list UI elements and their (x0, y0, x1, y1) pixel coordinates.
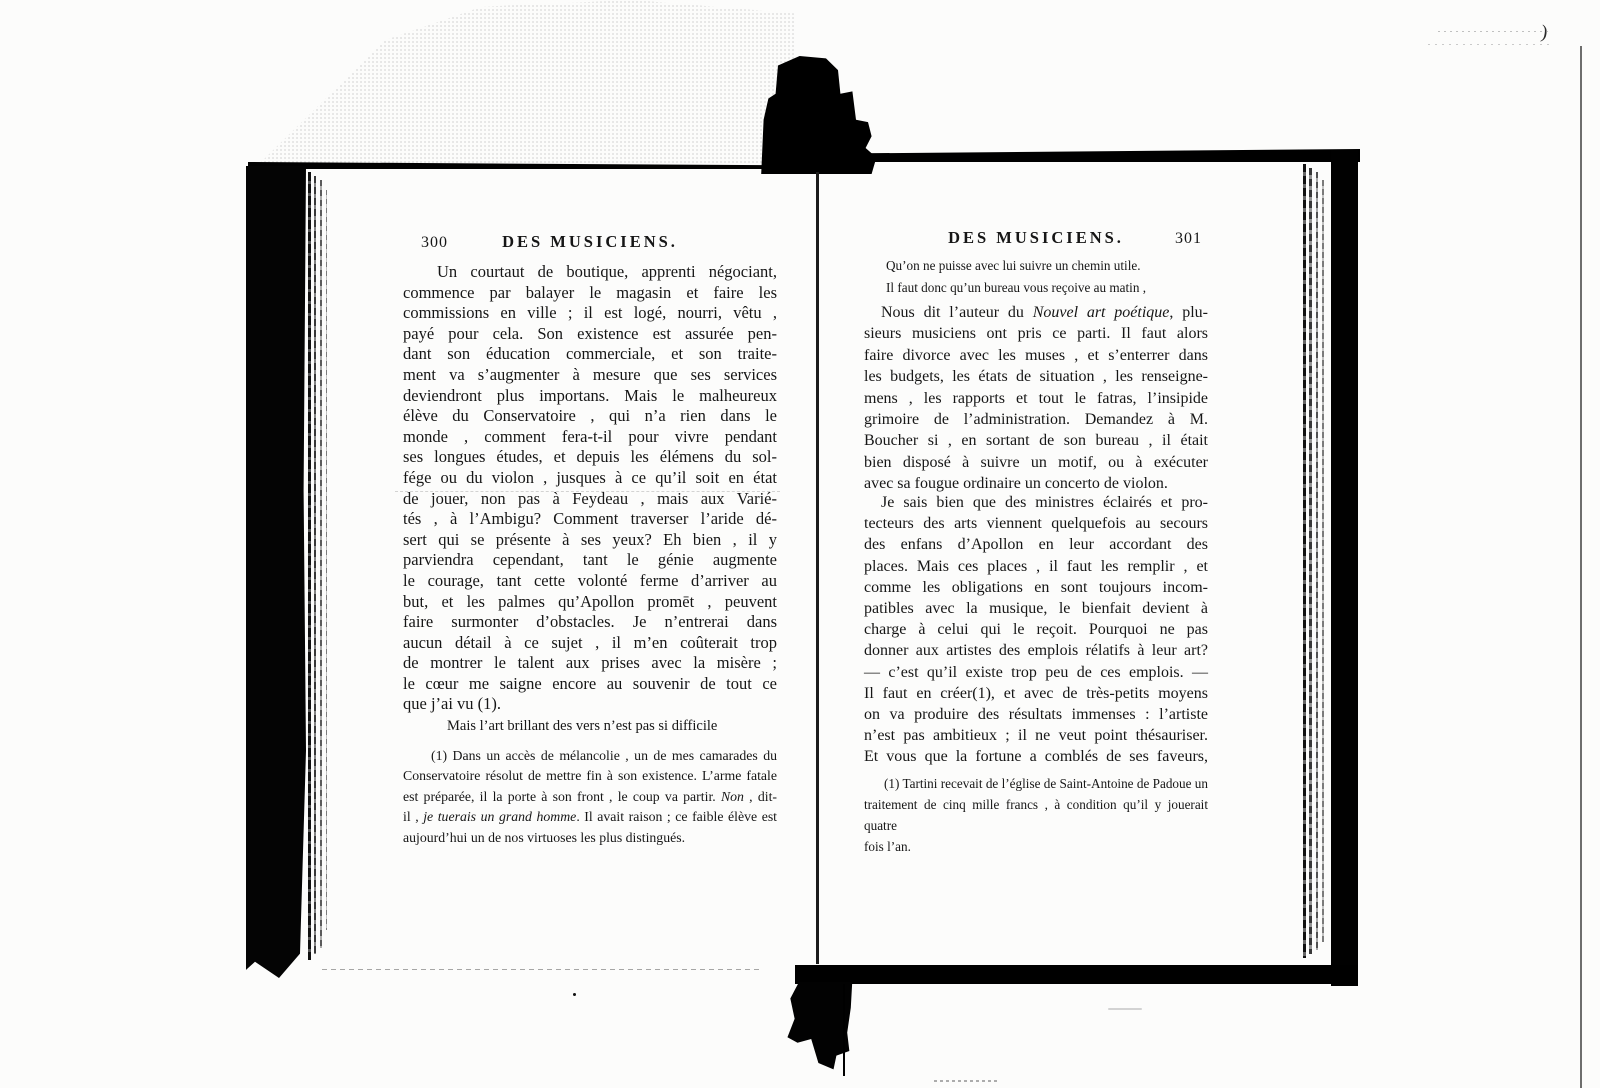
left-page-edge-line (320, 180, 322, 948)
text-line: les budgets, les états de situation , le… (864, 366, 1208, 387)
right-book-edge-shadow-band (1331, 150, 1358, 986)
text-line: élève du Conservatoire , qui n’a rien da… (403, 406, 777, 427)
text-line: comme les obligations en sont toujours i… (864, 577, 1208, 598)
text-line: de montrer le talent aux prises avec la … (403, 653, 777, 674)
right-page-header: DES MUSICIENS. 301 (864, 228, 1208, 254)
left-paragraph: Un courtaut de boutique, apprenti négoci… (403, 262, 777, 715)
left-running-title: DES MUSICIENS. (403, 232, 777, 252)
text-line: on va produire des résultats immenses : … (864, 704, 1208, 725)
text-line: donner aux artistes des emplois rélatifs… (864, 640, 1208, 661)
text-line: Boucher si , en sortant de son bureau , … (864, 430, 1208, 451)
right-epigraph: Qu’on ne puisse avec lui suivre un chemi… (886, 255, 1208, 299)
text-line: charge à celui qui le reçoit. Pourquoi n… (864, 619, 1208, 640)
text-line: (1) Dans un accès de mélancolie , un de … (403, 746, 777, 766)
left-page-header: 300 DES MUSICIENS. (403, 232, 777, 258)
scan-noise-speckle-region (255, 0, 795, 168)
left-book-edge-shadow-band (246, 166, 306, 978)
left-page-number: 300 (421, 234, 448, 252)
text-line: fois l’an. (864, 836, 1208, 857)
right-page-number: 301 (1175, 230, 1202, 248)
text-line: n’est pas ambitieux ; il ne veut point t… (864, 725, 1208, 746)
text-line: le cœur me saigne encore au souvenir de … (403, 674, 777, 695)
left-page-edge-line (308, 172, 311, 960)
left-page-edge-line (314, 176, 316, 954)
scan-dotted-scratch (1428, 44, 1550, 45)
text-line: commissions en ville ; il est logé, nour… (403, 303, 777, 324)
text-line: parviendra cependant, tant le génie augm… (403, 550, 777, 571)
text-line: payé pour cela. Son existence est assuré… (403, 324, 777, 345)
faint-smudge (1108, 1008, 1142, 1010)
right-paragraph-2: Je sais bien que des ministres éclairés … (864, 492, 1208, 768)
text-line: le courage, tant cette volonté ferme d’a… (403, 571, 777, 592)
left-page-edge-line (326, 190, 327, 930)
text-line: tecteurs des arts viennent quelquefois a… (864, 513, 1208, 534)
text-line: traitement de cinq mille francs , à cond… (864, 794, 1208, 836)
text-line: des enfans d’Apollon en leur accordant d… (864, 534, 1208, 555)
text-line: patibles avec la musique, le bienfait de… (864, 598, 1208, 619)
text-line: de jouer, non pas à Feydeau , mais aux V… (403, 489, 777, 510)
text-line: Et vous que la fortune a comblés de ses … (864, 746, 1208, 767)
text-line: bien disposé à suivre un motif, ou à exé… (864, 452, 1208, 473)
left-footnote: (1) Dans un accès de mélancolie , un de … (403, 746, 777, 848)
right-page: DES MUSICIENS. 301 Qu’on ne puisse avec … (864, 228, 1208, 254)
right-page-bottom-edge-band (795, 965, 1358, 984)
text-line: sert qui se présente à ses yeux? Eh bien… (403, 530, 777, 551)
left-verse-line: Mais l’art brillant des vers n’est pas s… (447, 718, 717, 735)
text-line: que j’ai vu (1). (403, 694, 777, 715)
text-line: grimoire de l’administration. Demandez à… (864, 409, 1208, 430)
scan-dotted-scratch (1438, 31, 1548, 32)
right-page-edge-line (1322, 180, 1324, 942)
text-line: sieurs musiciens ont pris ce parti. Il f… (864, 323, 1208, 344)
text-line: Qu’on ne puisse avec lui suivre un chemi… (886, 255, 1208, 277)
right-page-edge-line (1309, 168, 1312, 954)
corner-pen-mark: ) (1539, 22, 1548, 45)
text-line: faire divorce avec les muses , et s’ente… (864, 345, 1208, 366)
text-line: aucun détail à ce sujet , il m’en coûter… (403, 633, 777, 654)
text-line: faire surmonter d’obstacles. Je n’entrer… (403, 612, 777, 633)
text-line: ses longues études, et depuis les élémen… (403, 447, 777, 468)
text-line: est préparée, il la porte à son front , … (403, 787, 777, 807)
right-page-edge-line (1316, 172, 1318, 950)
text-line: aujourd’hui un de nos virtuoses les plus… (403, 828, 777, 848)
text-line: monde , comment fera-t-il pour vivre pen… (403, 427, 777, 448)
text-line: Nous dit l’auteur du Nouvel art poétique… (864, 302, 1208, 323)
text-line: Je sais bien que des ministres éclairés … (864, 492, 1208, 513)
binding-ink-blob-bottom (786, 982, 858, 1074)
right-paragraph-1: Nous dit l’auteur du Nouvel art poétique… (864, 302, 1208, 495)
text-line: tés , à l’Ambigu? Comment traverser l’ar… (403, 509, 777, 530)
left-page-bottom-dotted-edge (322, 969, 762, 970)
scanned-book-spread: { "scan": { "paper_color": "#fcfcfb", "i… (0, 0, 1600, 1088)
text-line: dant son éducation commerciale, et son t… (403, 344, 777, 365)
gutter-fold-line (816, 172, 819, 964)
right-page-edge-line (1303, 164, 1306, 958)
text-line: but, et les palmes qu’Apollon promēt , p… (403, 592, 777, 613)
text-line: fége ou du violon , jusques à ce qu’il s… (403, 468, 777, 489)
right-running-title: DES MUSICIENS. (864, 228, 1208, 248)
right-footnote: (1) Tartini recevait de l’église de Sain… (864, 773, 1208, 857)
ink-speck (573, 993, 576, 996)
ink-speck-row (934, 1080, 998, 1082)
text-line: — c’est qu’il existe trop peu de ces emp… (864, 662, 1208, 683)
text-line: Un courtaut de boutique, apprenti négoci… (403, 262, 777, 283)
text-line: places. Mais ces places , il faut les re… (864, 556, 1208, 577)
text-line: il , je tuerais un grand homme. Il avait… (403, 807, 777, 827)
text-line: commence par balayer le magasin et faire… (403, 283, 777, 304)
text-line: ment va s’augmenter à mesure que ses ser… (403, 365, 777, 386)
text-line: (1) Tartini recevait de l’église de Sain… (864, 773, 1208, 794)
text-line: mens , les rapports et tout le fatras, l… (864, 388, 1208, 409)
text-line: Il faut donc qu’un bureau vous reçoive a… (886, 277, 1208, 299)
text-line: Il faut en créer(1), et avec de très-pet… (864, 683, 1208, 704)
text-line: Conservatoire résolut de mettre fin à so… (403, 766, 777, 786)
left-page: 300 DES MUSICIENS. Un courtaut de boutiq… (403, 232, 777, 258)
gutter-fold-line-bottom (843, 984, 845, 1076)
right-page-top-edge-band (833, 149, 1360, 162)
text-line: deviendront plus importans. Mais le malh… (403, 386, 777, 407)
scan-frame-right-line (1580, 46, 1582, 1088)
